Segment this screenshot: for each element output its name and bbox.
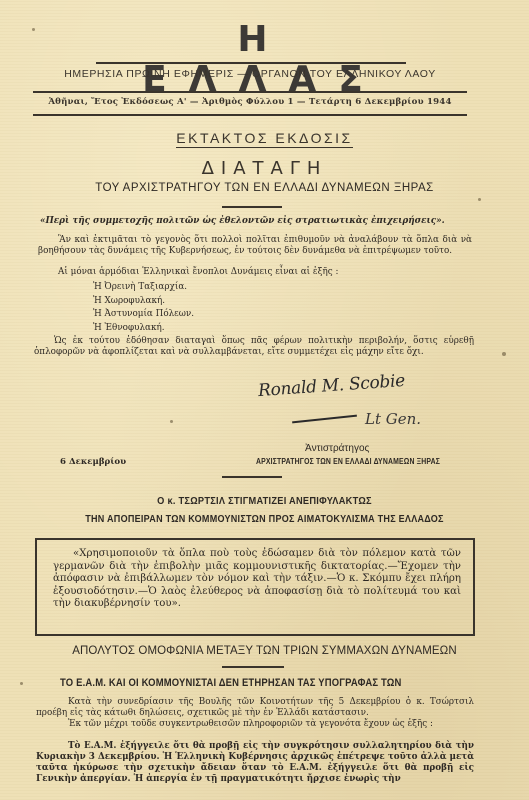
order-paragraph-2: Αἱ μόναι ἁρμόδιαι Ἑλληνικαὶ ἔνοπλοι Δυνά… [38, 267, 472, 278]
order-paragraph-3: Ὡς ἐκ τούτου ἐδόθησαν διαταγαὶ ὅπως πᾶς … [34, 336, 474, 358]
forces-list-item: Ἡ Ὀρεινὴ Ταξιαρχία. [93, 282, 393, 296]
churchill-quote-box: «Χρησιμοποιοῦν τὰ ὅπλα ποὺ τοὺς ἐδώσαμεν… [35, 538, 475, 636]
signature-rank-handwritten: Lt Gen. [365, 410, 421, 428]
section-divider [222, 476, 282, 478]
signature-scobie: Ronald M. Scobie [257, 371, 405, 401]
extra-edition-text: ΕΚΤΑΚΤΟΣ ΕΚΔΟΣΙΣ [176, 130, 352, 148]
allies-heading: ΑΠΟΛΥΤΟΣ ΟΜΟΦΩΝΙΑ ΜΕΤΑΞΥ ΤΩΝ ΤΡΙΩΝ ΣΥΜΜΑ… [0, 645, 529, 657]
forces-list-item: Ἡ Ἀστυνομία Πόλεων. [93, 309, 393, 323]
forces-list: Ἡ Ὀρεινὴ Ταξιαρχία. Ἡ Χωροφυλακή. Ἡ Ἀστυ… [93, 282, 393, 336]
signatory-role: ΑΡΧΙΣΤΡΑΤΗΓΟΣ ΤΩΝ ΕΝ ΕΛΛΑΔΙ ΔΥΝΑΜΕΩΝ ΞΗΡ… [256, 457, 440, 466]
issue-line: Ἀθῆναι, Ἔτος Ἐκδόσεως Α' — Ἀριθμὸς Φύλλο… [30, 97, 470, 107]
title-underline [96, 62, 406, 64]
churchill-headline-2: ΤΗΝ ΑΠΟΠΕΙΡΑΝ ΤΩΝ ΚΟΜΜΟΥΝΙΣΤΩΝ ΠΡΟΣ ΑΙΜΑ… [37, 513, 492, 525]
forces-list-item: Ἡ Χωροφυλακή. [93, 296, 393, 310]
paper-speck [20, 682, 23, 685]
extra-edition-label: ΕΚΤΑΚΤΟΣ ΕΚΔΟΣΙΣ [0, 130, 529, 146]
paper-speck [478, 198, 481, 201]
eam-paragraph-3: Τὸ Ε.Α.Μ. ἐξήγγειλε ὅτι θὰ προβῇ εἰς τὴν… [36, 741, 474, 785]
eam-paragraph-1: Κατὰ τὴν συνεδρίασιν τῆς Βουλῆς τῶν Κοιν… [36, 697, 474, 719]
churchill-quote: «Χρησιμοποιοῦν τὰ ὅπλα ποὺ τοὺς ἐδώσαμεν… [53, 548, 461, 611]
order-date: 6 Δεκεμβρίου [60, 457, 126, 467]
order-subtitle: ΤΟΥ ΑΡΧΙΣΤΡΑΤΗΓΟΥ ΤΩΝ ΕΝ ΕΛΛΑΔΙ ΔΥΝΑΜΕΩΝ… [0, 182, 529, 194]
order-paragraph-1: Ἂν καὶ ἐκτιμᾶται τὸ γεγονὸς ὅτι πολλοὶ π… [38, 235, 472, 257]
newspaper-title: Η ΕΛΛΑΣ [95, 20, 410, 100]
signatory-rank: Ἀντιστράτηγος [305, 443, 369, 454]
masthead-rule-bottom [33, 114, 467, 116]
churchill-headline-1: Ο κ. ΤΣΩΡΤΣΙΛ ΣΤΙΓΜΑΤΙΖΕΙ ΑΝΕΠΙΦΥΛΑΚΤΩΣ [32, 495, 498, 507]
order-topic: «Περὶ τῆς συμμετοχῆς πολιτῶν ὡς ἐθελοντῶ… [40, 216, 480, 227]
allies-divider [222, 666, 284, 668]
forces-list-item: Ἡ Ἐθνοφυλακή. [93, 323, 393, 337]
eam-paragraph-2: Ἐκ τῶν μέχρι τοῦδε συγκεντρωθεισῶν πληρο… [36, 719, 474, 730]
paper-speck [502, 352, 506, 356]
order-divider [222, 206, 282, 208]
signature-stroke [292, 415, 357, 423]
newspaper-subtitle: ΗΜΕΡΗΣΙΑ ΠΡΩΙΝΗ ΕΦΗΜΕΡΙΣ — ΟΡΓΑΝΟΝ ΤΟΥ Ε… [30, 68, 470, 80]
order-title: ΔΙΑΤΑΓΗ [0, 158, 529, 179]
masthead-rule-top [33, 91, 467, 93]
paper-speck [170, 420, 173, 423]
paper-speck [32, 28, 35, 31]
eam-headline: ΤΟ Ε.Α.Μ. ΚΑΙ ΟΙ ΚΟΜΜΟΥΝΙΣΤΑΙ ΔΕΝ ΕΤΗΡΗΣ… [60, 677, 421, 689]
